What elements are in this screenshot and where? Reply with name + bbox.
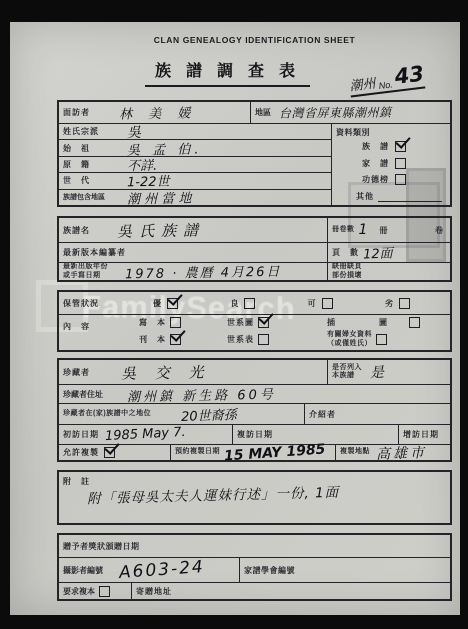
owner-position-value: 20世裔孫 xyxy=(181,404,237,425)
pages-cell: 頁 數 12面 xyxy=(327,243,450,262)
copy-date-cell: 預約複製日期 15 MAY 1985 xyxy=(170,445,335,460)
row-owner-position: 珍藏者在(家)族譜中之地位 20世裔孫 介紹者 xyxy=(59,403,450,424)
overview-left-column: 姓氏宗派 吳 始 祖 吳 孟 伯. 原 籍 不詳. 世 代 1-22世 xyxy=(59,124,331,205)
interviewer-label: 面訪者 xyxy=(59,107,111,118)
row-visit-dates: 初訪日期 1985 May 7. 複訪日期 增訪日期 xyxy=(59,424,450,444)
request-copy-checkbox xyxy=(99,586,110,597)
other-blank-line xyxy=(378,192,442,202)
option-zupu: 族 譜 xyxy=(332,138,450,155)
row-genealogy-name: 族譜名 吳氏族譜 冊卷數 1 冊 卷 xyxy=(59,218,450,242)
volumes-value: 1 xyxy=(359,222,368,238)
illustrations-checkbox xyxy=(409,317,420,328)
women-data-checkbox xyxy=(376,334,387,345)
women-data-label: 有關婦女資料 （或僅姓氏） xyxy=(323,331,372,348)
fair-checkbox xyxy=(322,298,333,309)
region-cell: 地區 台灣省屏東縣潮州鎮 xyxy=(250,102,450,123)
society-number-label: 家譜學會編號 xyxy=(240,565,295,576)
owner-address-value: 潮州鎮 新生路 60号 xyxy=(127,383,276,405)
gongdebang-checkbox xyxy=(395,174,406,185)
option-gongdebang: 功德榜 xyxy=(332,172,450,189)
volumes-label: 冊卷數 xyxy=(328,226,355,235)
notes-box: 附 註 附「張母吳太夫人運妹行述」一份, 1面 xyxy=(57,470,452,525)
copy-date-label: 預約複製日期 xyxy=(171,448,220,457)
region-value: 台灣省屏東縣潮州鎮 xyxy=(279,104,392,122)
lineage-chart-item: 世系圖 xyxy=(223,317,323,328)
photographer-value: A603-24 xyxy=(118,557,205,583)
society-number-cell: 家譜學會編號 xyxy=(239,558,450,582)
owner-address-label: 珍藏者住址 xyxy=(59,389,119,400)
form-title: 族譜調查表 xyxy=(145,58,310,87)
owner-value: 吳 交 光 xyxy=(121,361,211,384)
copy-place-value: 高雄市 xyxy=(376,442,428,464)
region-label: 地區 xyxy=(251,107,277,118)
check-icon xyxy=(170,326,185,342)
row-request-copy: 要求複本 寄贈地址 xyxy=(59,582,450,599)
form-content: CLAN GENEALOGY IDENTIFICATION SHEET 族譜調查… xyxy=(57,22,452,615)
serial-no-label: No. xyxy=(378,79,393,91)
copy-date-value: 15 MAY 1985 xyxy=(224,441,326,464)
table-overview: 面訪者 林 美 媛 地區 台灣省屏東縣潮州鎮 姓氏宗派 吳 始 祖 吳 孟 伯. xyxy=(57,100,452,207)
first-visit-label: 初訪日期 xyxy=(59,429,99,440)
volumes-cell: 冊卷數 1 冊 卷 xyxy=(327,218,450,242)
permit-checkbox xyxy=(104,447,115,458)
contents-line-2: 刊 本 世系表 有關婦女資料 （或僅姓氏） xyxy=(121,331,450,348)
serial-annotation: 潮州 No. 43 xyxy=(348,62,426,98)
listed-cell: 是否列入 本族譜 是 xyxy=(327,360,450,384)
photographer-label: 攝影者編號 xyxy=(59,565,119,576)
interviewer-value: 林 美 媛 xyxy=(119,102,197,122)
request-copy-cell: 要求複本 xyxy=(59,586,131,597)
excellent-checkbox xyxy=(167,298,178,309)
lineage-table-item: 世系表 xyxy=(223,334,323,345)
pages-label: 頁 數 xyxy=(328,247,359,258)
additional-visit-label: 增訪日期 xyxy=(399,429,439,440)
storage-fair: 可 xyxy=(304,298,333,309)
row-photographer: 攝影者編號 A603-24 家譜學會編號 xyxy=(59,557,450,582)
publication-date-value: 1978 · 農曆 4月26日 xyxy=(125,261,282,283)
generations-label: 世 代 xyxy=(59,175,119,186)
check-icon xyxy=(167,290,182,306)
first-visit-cell: 初訪日期 1985 May 7. xyxy=(59,427,232,442)
table-owner-visits: 珍藏者 吳 交 光 是否列入 本族譜 是 珍藏者住址 潮州鎮 新生路 60号 珍… xyxy=(57,358,452,462)
row-award-date: 贈予者獎狀頒贈日期 xyxy=(59,535,450,557)
introducer-label: 介紹者 xyxy=(305,409,336,420)
compiler-label: 最新版本編纂者 xyxy=(59,247,327,258)
row-copy-permission: 允許複製 預約複製日期 15 MAY 1985 複製地點 高雄市 xyxy=(59,444,450,460)
contents-label: 內 容 xyxy=(59,315,121,332)
table-edition: 族譜名 吳氏族譜 冊卷數 1 冊 卷 最新版本編纂者 頁 數 12面 最新出版年… xyxy=(57,216,452,282)
poor-checkbox xyxy=(399,298,410,309)
award-date-label: 贈予者獎狀頒贈日期 xyxy=(59,541,140,552)
row-compiler: 最新版本編纂者 頁 數 12面 xyxy=(59,242,450,262)
copy-place-cell: 複製地點 高雄市 xyxy=(335,445,450,460)
first-ancestor-label: 始 祖 xyxy=(59,143,119,154)
lineage-table-checkbox xyxy=(258,334,269,345)
introducer-cell: 介紹者 xyxy=(304,404,450,424)
category-column: 資料類別 族 譜 家 譜 功德榜 其他 xyxy=(331,124,450,205)
pages-value: 12面 xyxy=(363,242,393,262)
missing-pages-cell: 缺冊缺頁 部份損壞 xyxy=(327,263,450,280)
row-overview-body: 姓氏宗派 吳 始 祖 吳 孟 伯. 原 籍 不詳. 世 代 1-22世 xyxy=(59,123,450,205)
request-copy-label: 要求複本 xyxy=(59,586,95,597)
listed-label: 是否列入 本族譜 xyxy=(328,364,362,381)
row-native-place: 原 籍 不詳. xyxy=(59,156,331,172)
option-other: 其他 xyxy=(332,188,450,205)
option-jiapu: 家 譜 xyxy=(332,155,450,172)
genealogy-name-label: 族譜名 xyxy=(59,225,107,236)
row-generations: 世 代 1-22世 xyxy=(59,172,331,188)
lineage-chart-checkbox xyxy=(258,317,269,328)
genealogy-name-value: 吳氏族譜 xyxy=(117,219,205,242)
storage-poor: 劣 xyxy=(381,298,410,309)
owner-position-label: 珍藏者在(家)族譜中之地位 xyxy=(59,410,181,419)
row-owner: 珍藏者 吳 交 光 是否列入 本族譜 是 xyxy=(59,360,450,384)
jiapu-label: 家 譜 xyxy=(358,158,389,169)
illustrations-item: 插 圖 xyxy=(323,317,420,328)
row-contents: 內 容 寫 本 世系圖 插 圖 xyxy=(59,314,450,350)
contents-line-1: 寫 本 世系圖 插 圖 xyxy=(121,317,450,328)
table-admin: 贈予者獎狀頒贈日期 攝影者編號 A603-24 家譜學會編號 要求複本 寄贈地址 xyxy=(57,533,452,601)
covered-region-label: 族譜包含地區 xyxy=(59,192,119,202)
zupu-checkbox xyxy=(395,141,406,152)
women-data-item: 有關婦女資料 （或僅姓氏） xyxy=(323,331,387,348)
form-eyebrow-title: CLAN GENEALOGY IDENTIFICATION SHEET xyxy=(57,35,452,45)
serial-place: 潮州 xyxy=(348,72,376,94)
gongdebang-label: 功德榜 xyxy=(358,174,389,185)
row-covered-region: 族譜包含地區 潮 州 當 地 xyxy=(59,189,331,205)
surname-label: 姓氏宗派 xyxy=(59,126,119,137)
storage-excellent: 優 xyxy=(149,298,178,309)
row-publication-date: 最新出版年份 或手寫日期 1978 · 農曆 4月26日 缺冊缺頁 部份損壞 xyxy=(59,262,450,280)
permit-cell: 允許複製 xyxy=(59,447,170,458)
missing-label-1: 缺冊缺頁 xyxy=(328,263,362,272)
volumes-unit-juan: 卷 xyxy=(431,225,450,236)
table-condition-contents: 保管狀況 優 良 可 劣 xyxy=(57,290,452,352)
printed-checkbox xyxy=(170,334,181,345)
mailing-address-label: 寄贈地址 xyxy=(132,586,172,597)
native-place-label: 原 籍 xyxy=(59,159,119,170)
covered-region-value: 潮 州 當 地 xyxy=(127,187,192,207)
mailing-address-cell: 寄贈地址 xyxy=(131,583,450,599)
additional-visit-cell: 增訪日期 xyxy=(398,425,450,444)
publication-date-label: 最新出版年份 或手寫日期 xyxy=(59,263,125,280)
storage-good: 良 xyxy=(226,298,255,309)
copy-place-label: 複製地點 xyxy=(336,448,370,457)
printed-item: 刊 本 xyxy=(135,334,223,345)
other-label: 其他 xyxy=(352,191,374,202)
revisit-label: 複訪日期 xyxy=(233,429,273,440)
zupu-label: 族 譜 xyxy=(358,141,389,152)
good-checkbox xyxy=(244,298,255,309)
jiapu-checkbox xyxy=(395,158,406,169)
row-surname: 姓氏宗派 吳 xyxy=(59,124,331,139)
owner-label: 珍藏者 xyxy=(59,367,111,378)
listed-value: 是 xyxy=(369,362,384,383)
category-title: 資料類別 xyxy=(332,124,450,138)
storage-label: 保管狀況 xyxy=(59,298,121,309)
permit-label: 允許複製 xyxy=(59,447,99,458)
row-interviewer-region: 面訪者 林 美 媛 地區 台灣省屏東縣潮州鎮 xyxy=(59,102,450,123)
serial-number: 43 xyxy=(393,62,425,89)
row-owner-address: 珍藏者住址 潮州鎮 新生路 60号 xyxy=(59,384,450,403)
row-first-ancestor: 始 祖 吳 孟 伯. xyxy=(59,139,331,155)
volumes-unit-ce: 冊 xyxy=(375,225,388,236)
missing-label-2: 部份損壞 xyxy=(328,272,362,281)
document-page: FamilySearch CLAN GENEALOGY IDENTIFICATI… xyxy=(10,22,460,615)
row-storage-condition: 保管狀況 優 良 可 劣 xyxy=(59,292,450,314)
